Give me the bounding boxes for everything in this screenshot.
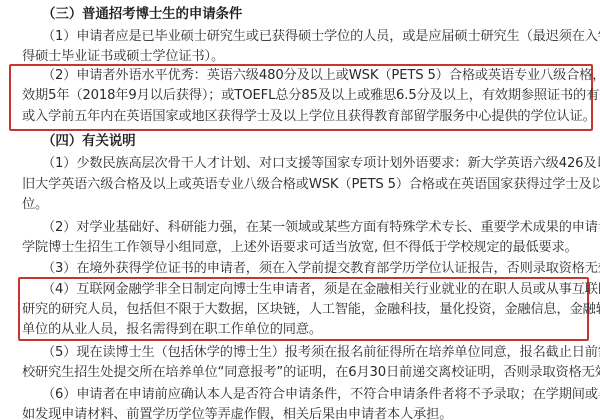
section-4-heading: （四）有关说明 (42, 131, 135, 151)
s3-item1-line1: （1）申请者应是已毕业硕士研究生或已获得硕士学位的人员，或是应届硕士研究生（最迟… (42, 27, 600, 47)
document-page: （三）普通招考博士生的申请条件 （1）申请者应是已毕业硕士研究生或已获得硕士学位… (0, 0, 600, 420)
s4-item5-line2: 校研究生招生处提交所在培养单位“同意报考”的证明，在6月30日前递交离校证明，否… (22, 363, 600, 383)
s4-item4-line2: 研究的研究人员，包括但不限于大数据，区块链，人工智能，金融科技，量化投资，金融信… (22, 300, 600, 320)
section-3-heading: （三）普通招考博士生的申请条件 (42, 4, 242, 24)
s3-item2-line2: 效期5年（2018年9月以后获得）；或TOEFL总分85及以上或雅思6.5分及以… (22, 86, 600, 106)
s4-item5-line1: （5）现在读博士生（包括休学的博士生）报考须在报名前征得所在培养单位同意，报名截… (42, 343, 600, 363)
s4-item4-line3: 单位的从业人员，报名需得到在职工作单位的同意。 (22, 320, 322, 340)
s4-item1-line1: （1）少数民族高层次骨干人才计划、对口支援等国家专项计划外语要求：新大学英语六级… (42, 154, 600, 174)
s4-item3-line1: （3）在境外获得学位证书的申请者，须在入学前提交教育部学历学位认证报告，否则录取… (42, 259, 600, 279)
s4-item1-line2: 旧大学英语六级合格及以上或英语专业八级合格或WSK（PETS 5）合格或在英语国… (22, 175, 600, 195)
s4-item2-line2: 学院博士生招生工作领导小组同意，上述外语要求可适当放宽, 但不得低于学校规定的最… (22, 238, 578, 258)
s4-item4-line1: （4）互联网金融学非全日制定向博士生申请者，须是在金融相关行业就业的在职人员或从… (42, 280, 600, 300)
s4-item6-line2: 如发现申请材料、前置学历学位等弄虚作假，相关后果由申请者本人承担。 (22, 405, 452, 420)
s3-item2-line3: 或入学前五年内在英语国家或地区获得学士及以上学位且获得教育部留学服务中心提供的学… (22, 107, 596, 127)
s4-item1-line3: 位。 (22, 195, 48, 215)
s4-item2-line1: （2）对学业基础好、科研能力强，在某一领域或某些方面有特殊学术专长、重要学术成果… (42, 218, 600, 238)
s4-item6-line1: （6）申请者在申请前应确认本人是否符合申请条件，不符合申请条件者将不予录取；在学… (42, 385, 600, 405)
s3-item2-line1: （2）申请者外语水平优秀：英语六级480分及以上或WSK（PETS 5）合格或英… (42, 66, 600, 86)
